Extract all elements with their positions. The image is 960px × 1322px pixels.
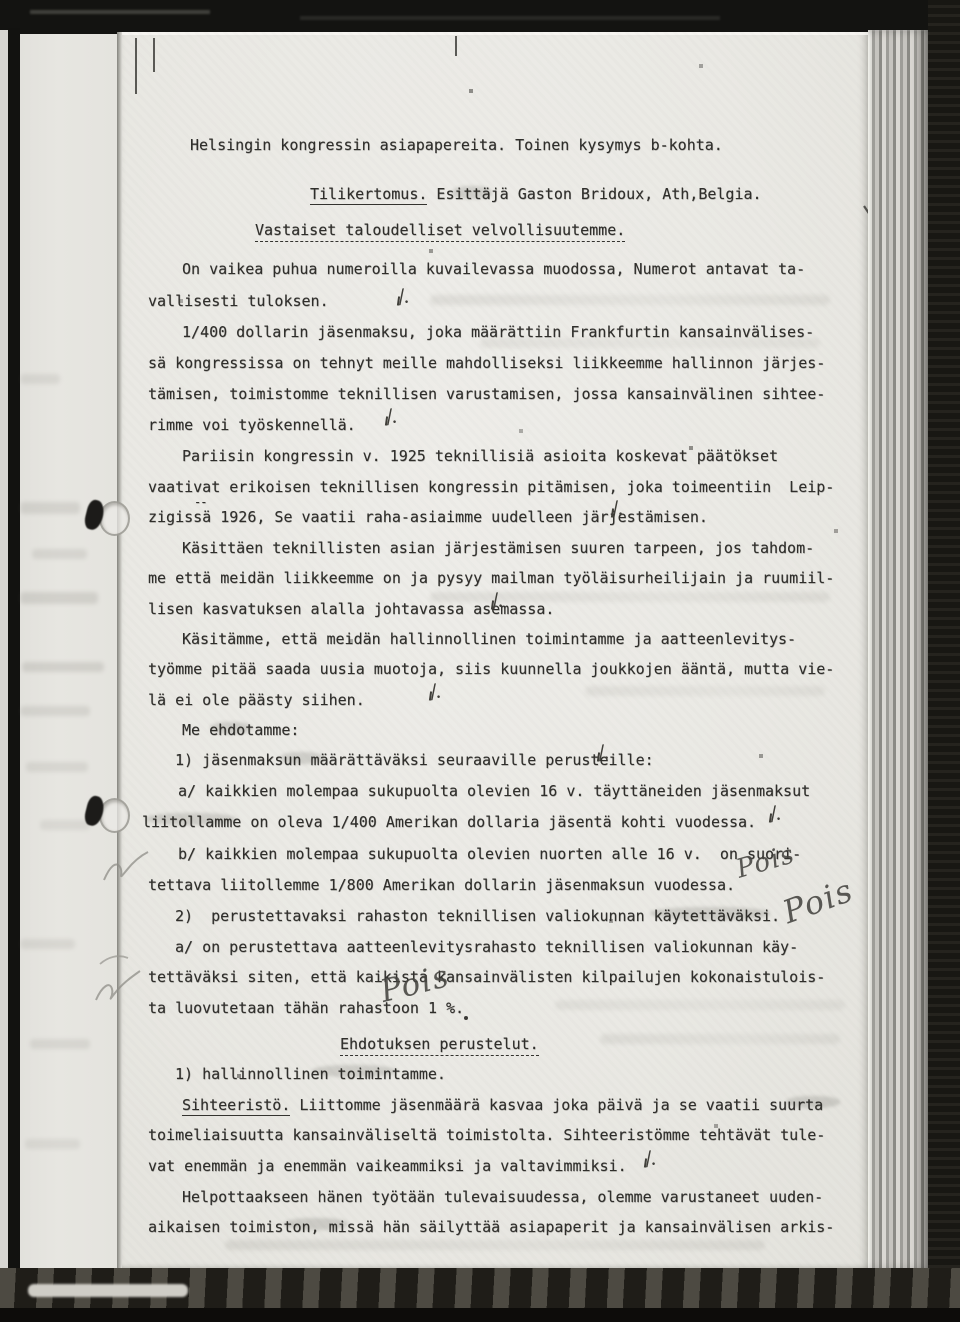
text-line: a/ kaikkien molempaa sukupuolta olevien …	[178, 781, 810, 801]
text-line: 1) hallinnollinen toimintamme.	[175, 1064, 446, 1084]
ghost-text-smudge	[26, 762, 88, 772]
section-heading: Ehdotuksen perustelut.	[340, 1034, 539, 1054]
text-line: Käsittäen teknillisten asian järjestämis…	[182, 538, 814, 558]
text-line: aikaisen toimiston, missä hän säilyttää …	[148, 1217, 834, 1237]
text-line: On vaikea puhua numeroilla kuvailevassa …	[182, 259, 805, 279]
correction-dashes: --	[194, 492, 206, 512]
overtype-smudge	[284, 1218, 348, 1230]
text-line: Käsitämme, että meidän hallinnollinen to…	[182, 629, 796, 649]
overtype-smudge	[280, 752, 324, 764]
text-line: a/ on perustettava aatteenlevitysrahasto…	[175, 937, 798, 957]
text-line: 1) jäsenmaksun määrättäväksi seuraaville…	[175, 750, 654, 770]
text-line: Helpottaakseen hänen työtään tulevaisuud…	[182, 1187, 823, 1207]
ghost-text-smudge	[30, 1039, 90, 1049]
ghost-text-smudge	[32, 549, 87, 559]
document-page: Helsingin kongressin asiapapereita. Toin…	[122, 32, 869, 1269]
ink-drip	[153, 38, 155, 72]
sihteeristo-label: Sihteeristö.	[182, 1096, 290, 1116]
report-title-line: Tilikertomus. Esittäjä Gaston Bridoux, A…	[310, 184, 762, 204]
text-line: rimme voi työskennellä.	[148, 415, 356, 435]
ghost-text-smudge	[25, 1139, 80, 1149]
ghost-text-row	[225, 1240, 765, 1250]
ghost-text-row	[600, 1034, 840, 1044]
overtype-smudge	[786, 1096, 840, 1108]
page-edge-glint	[300, 16, 720, 20]
text-line: b/ kaikkien molempaa sukupuolta olevien …	[178, 844, 801, 864]
overtype-smudge	[452, 186, 492, 199]
text-line: Pariisin kongressin v. 1925 teknillisiä …	[182, 446, 778, 466]
page-edge-glint	[30, 10, 210, 14]
text-line: zigissä 1926, Se vaatii raha-asiaimme uu…	[148, 507, 708, 527]
book-cover-right	[928, 0, 960, 1322]
ghost-text-smudge	[40, 820, 90, 830]
punch-hole	[99, 501, 130, 536]
ghost-text-smudge	[20, 374, 60, 384]
dust-specks	[0, 0, 2, 2]
sihteeristo-line: Sihteeristö. Liittomme jäsenmäärä kasvaa…	[182, 1095, 823, 1115]
text-line: lä ei ole päästy siihen.	[148, 690, 365, 710]
handwritten-period	[464, 1016, 468, 1020]
ink-drip	[135, 38, 137, 94]
text-line: tämisen, toimistomme teknillisen varusta…	[148, 384, 825, 404]
text-line: sä kongressissa on tehnyt meille mahdoll…	[148, 353, 825, 373]
ghost-text-smudge	[22, 662, 104, 672]
text-line: työmme pitää saada uusia muotoja, siis k…	[148, 659, 834, 679]
ghost-text-smudge	[20, 592, 98, 604]
ghost-text-smudge	[20, 502, 80, 514]
report-title: Tilikertomus.	[310, 185, 427, 205]
ghost-text-smudge	[20, 706, 90, 716]
page-corner-glint	[28, 1284, 188, 1297]
ghost-text-row	[585, 686, 825, 696]
text-line: toimeliaisuutta kansainväliseltä toimist…	[148, 1125, 825, 1145]
overtype-smudge	[146, 813, 236, 825]
text-line: tettava liitollemme 1/800 Amerikan dolla…	[148, 875, 735, 895]
ghost-text-row	[430, 295, 830, 305]
background-top-edge	[0, 0, 960, 34]
subheading: Vastaiset taloudelliset velvollisuutemme…	[255, 220, 625, 240]
margin-squiggle	[100, 846, 152, 888]
text-line: tettäväksi siten, että kaikista kansainv…	[148, 967, 825, 987]
text-line: liitollamme on oleva 1/400 Amerikan doll…	[142, 812, 756, 832]
punch-hole	[99, 798, 130, 833]
overtype-smudge	[650, 907, 770, 920]
text-line: 1/400 dollarin jäsenmaksu, joka määrätti…	[182, 322, 814, 342]
book-spine-shadow	[8, 28, 20, 1272]
background-bottom-edge	[0, 1308, 960, 1322]
ghost-text-row	[555, 1000, 845, 1010]
overtype-smudge	[312, 1065, 396, 1077]
page-stack-edges	[868, 30, 930, 1270]
scan-left-edge	[0, 30, 8, 1270]
text-line: vallisesti tuloksen.	[148, 291, 329, 311]
text-line: me että meidän liikkeemme on ja pysyy ma…	[148, 568, 834, 588]
margin-squiggle	[90, 948, 146, 1008]
ink-drip	[455, 36, 457, 56]
scanned-document-photo: Helsingin kongressin asiapapereita. Toin…	[0, 0, 960, 1322]
previous-page-edge	[20, 34, 117, 1270]
text-line: vaativat erikoisen teknillisen kongressi…	[148, 477, 834, 497]
ghost-text-smudge	[20, 939, 75, 949]
overtype-smudge	[210, 722, 252, 734]
document-heading: Helsingin kongressin asiapapereita. Toin…	[190, 135, 723, 155]
text-line: vat enemmän ja enemmän vaikeammiksi ja v…	[148, 1156, 627, 1176]
